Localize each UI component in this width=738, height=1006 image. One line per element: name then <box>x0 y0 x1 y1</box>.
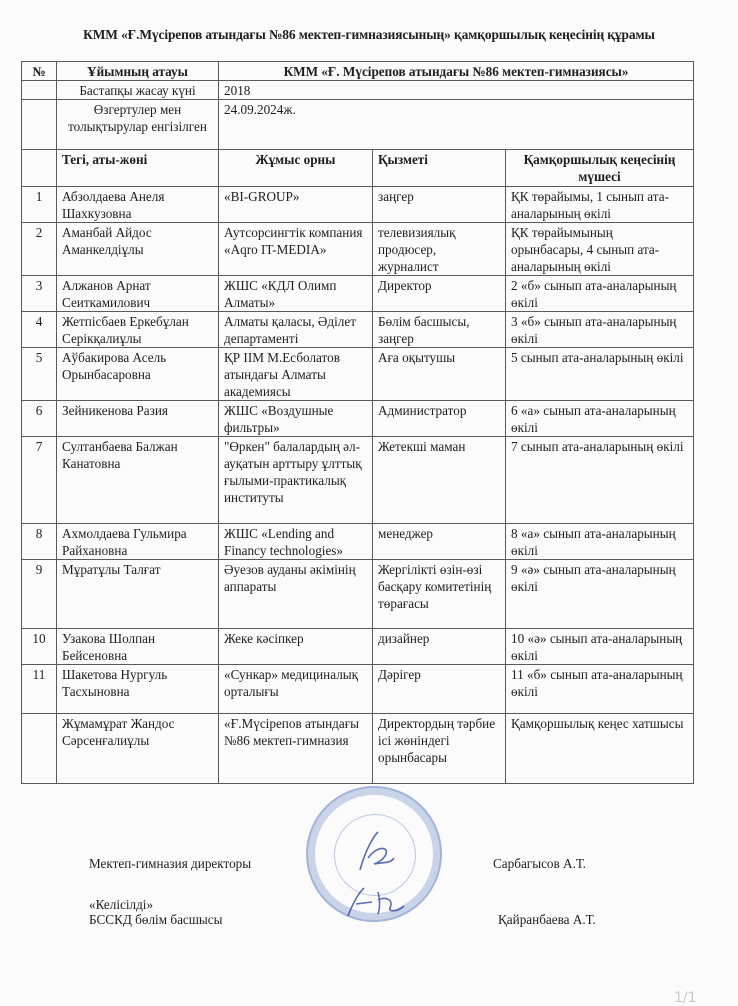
member-role: 10 «ә» сынып ата-аналарының өкілі <box>506 629 694 665</box>
created-label: Бастапқы жасау күні <box>57 81 219 100</box>
member-row: 1Абзолдаева Анеля Шахкузовна«BI-GROUP»за… <box>22 187 694 223</box>
member-workplace: «Сункар» медициналық орталығы <box>219 665 373 714</box>
dept-name: Қайранбаева А.Т. <box>498 912 596 928</box>
member-role: ҚК төрайымы, 1 сынып ата-аналарының өкіл… <box>506 187 694 223</box>
member-role: 6 «а» сынып ата-аналарының өкілі <box>506 401 694 437</box>
member-number: 1 <box>22 187 57 223</box>
member-row: 10Узакова Шолпан БейсеновнаЖеке кәсіпкер… <box>22 629 694 665</box>
member-role: 11 «б» сынып ата-аналарының өкілі <box>506 665 694 714</box>
member-row: Жұмамұрат Жандос Сәрсенғалиұлы«Ғ.Мүсіреп… <box>22 714 694 784</box>
member-number: 9 <box>22 560 57 629</box>
member-row: 5Аўбакирова Асель ОрынбасаровнаҚР ІІМ М.… <box>22 348 694 401</box>
member-role: 7 сынып ата-аналарының өкілі <box>506 437 694 524</box>
member-number: 10 <box>22 629 57 665</box>
director-name: Сарбагысов А.Т. <box>493 856 586 872</box>
member-position: менеджер <box>373 524 506 560</box>
member-number <box>22 714 57 784</box>
agreed-label: «Келісілді» <box>89 897 153 913</box>
member-role: 9 «ә» сынып ата-аналарының өкілі <box>506 560 694 629</box>
member-position: телевизиялық продюсер, журналист <box>373 223 506 276</box>
org-value: КММ «Ғ. Мүсірепов атындағы №86 мектеп-ги… <box>219 62 694 81</box>
member-workplace: Әуезов ауданы әкімінің аппараты <box>219 560 373 629</box>
member-position: Администратор <box>373 401 506 437</box>
member-workplace: ЖШС «Воздушные фильтры» <box>219 401 373 437</box>
member-number: 7 <box>22 437 57 524</box>
member-number: 2 <box>22 223 57 276</box>
member-workplace: Жеке кәсіпкер <box>219 629 373 665</box>
member-row: 8Ахмолдаева Гульмира РайхановнаЖШС «Lend… <box>22 524 694 560</box>
page-title: КММ «Ғ.Мүсірепов атындағы №86 мектеп-гим… <box>0 27 738 43</box>
member-position: дизайнер <box>373 629 506 665</box>
member-workplace: ҚР ІІМ М.Есболатов атындағы Алматы акаде… <box>219 348 373 401</box>
member-workplace: «BI-GROUP» <box>219 187 373 223</box>
member-role: 3 «б» сынып ата-аналарының өкілі <box>506 312 694 348</box>
member-role: Қамқоршылық кеңес хатшысы <box>506 714 694 784</box>
member-name: Алжанов Арнат Сеиткамилович <box>57 276 219 312</box>
member-number: 8 <box>22 524 57 560</box>
member-name: Ахмолдаева Гульмира Райхановна <box>57 524 219 560</box>
col-role: Қамқоршылық кеңесінің мүшесі <box>506 150 694 187</box>
member-name: Абзолдаева Анеля Шахкузовна <box>57 187 219 223</box>
dept-label: БССКД бөлім басшысы <box>89 912 223 928</box>
org-row: № Ұйымның атауы КММ «Ғ. Мүсірепов атында… <box>22 62 694 81</box>
created-value: 2018 <box>219 81 694 100</box>
member-name: Султанбаева Балжан Канатовна <box>57 437 219 524</box>
member-position: Директор <box>373 276 506 312</box>
member-name: Жұмамұрат Жандос Сәрсенғалиұлы <box>57 714 219 784</box>
member-workplace: Алматы қаласы, Әділет департаменті <box>219 312 373 348</box>
member-workplace: ЖШС «Lending and Financy technologies» <box>219 524 373 560</box>
council-table: № Ұйымның атауы КММ «Ғ. Мүсірепов атында… <box>21 61 694 784</box>
signature-marks-icon <box>308 788 440 920</box>
changed-row: Өзгертулер мен толықтырулар енгізілген 2… <box>22 100 694 150</box>
member-row: 6Зейникенова РазияЖШС «Воздушные фильтры… <box>22 401 694 437</box>
member-workplace: ЖШС «КДЛ Олимп Алматы» <box>219 276 373 312</box>
member-name: Аманбай Айдос Аманкелдіұлы <box>57 223 219 276</box>
official-stamp <box>306 786 442 922</box>
member-role: 5 сынып ата-аналарының өкілі <box>506 348 694 401</box>
created-row: Бастапқы жасау күні 2018 <box>22 81 694 100</box>
member-position: Дәрігер <box>373 665 506 714</box>
member-row: 2Аманбай Айдос АманкелдіұлыАутсорсингтік… <box>22 223 694 276</box>
member-number: 3 <box>22 276 57 312</box>
num-header: № <box>22 62 57 81</box>
member-position: заңгер <box>373 187 506 223</box>
member-role: 8 «а» сынып ата-аналарының өкілі <box>506 524 694 560</box>
member-number: 11 <box>22 665 57 714</box>
member-number: 4 <box>22 312 57 348</box>
column-header-row: Тегі, аты-жөні Жұмыс орны Қызметі Қамқор… <box>22 150 694 187</box>
member-number: 6 <box>22 401 57 437</box>
changed-value: 24.09.2024ж. <box>219 100 694 150</box>
member-name: Мұратұлы Талғат <box>57 560 219 629</box>
member-row: 3Алжанов Арнат СеиткамиловичЖШС «КДЛ Оли… <box>22 276 694 312</box>
director-label: Мектеп-гимназия директоры <box>89 856 251 872</box>
page-counter: 1/1 <box>674 990 697 1006</box>
member-position: Бөлім басшысы, заңгер <box>373 312 506 348</box>
member-name: Зейникенова Разия <box>57 401 219 437</box>
member-workplace: Аутсорсингтік компания «Aqro IT-MEDIA» <box>219 223 373 276</box>
member-row: 9Мұратұлы ТалғатӘуезов ауданы әкімінің а… <box>22 560 694 629</box>
member-workplace: «Ғ.Мүсірепов атындағы №86 мектеп-гимнази… <box>219 714 373 784</box>
changed-label: Өзгертулер мен толықтырулар енгізілген <box>57 100 219 150</box>
member-name: Шакетова Нургуль Тасхыновна <box>57 665 219 714</box>
member-role: 2 «б» сынып ата-аналарының өкілі <box>506 276 694 312</box>
org-label: Ұйымның атауы <box>57 62 219 81</box>
col-position: Қызметі <box>373 150 506 187</box>
member-position: Директордың тәрбие ісі жөніндегі орынбас… <box>373 714 506 784</box>
col-name: Тегі, аты-жөні <box>57 150 219 187</box>
member-name: Жетпісбаев Еркебұлан Серікқалиұлы <box>57 312 219 348</box>
member-position: Жетекші маман <box>373 437 506 524</box>
member-row: 7Султанбаева Балжан Канатовна"Өркен" бал… <box>22 437 694 524</box>
member-number: 5 <box>22 348 57 401</box>
member-name: Аўбакирова Асель Орынбасаровна <box>57 348 219 401</box>
member-row: 4Жетпісбаев Еркебұлан СерікқалиұлыАлматы… <box>22 312 694 348</box>
member-row: 11Шакетова Нургуль Тасхыновна«Сункар» ме… <box>22 665 694 714</box>
member-workplace: "Өркен" балалардың әл-ауқатын арттыру ұл… <box>219 437 373 524</box>
member-name: Узакова Шолпан Бейсеновна <box>57 629 219 665</box>
member-role: ҚК төрайымының орынбасары, 4 сынып ата-а… <box>506 223 694 276</box>
member-position: Аға оқытушы <box>373 348 506 401</box>
col-workplace: Жұмыс орны <box>219 150 373 187</box>
member-position: Жергілікті өзін-өзі басқару комитетінің … <box>373 560 506 629</box>
